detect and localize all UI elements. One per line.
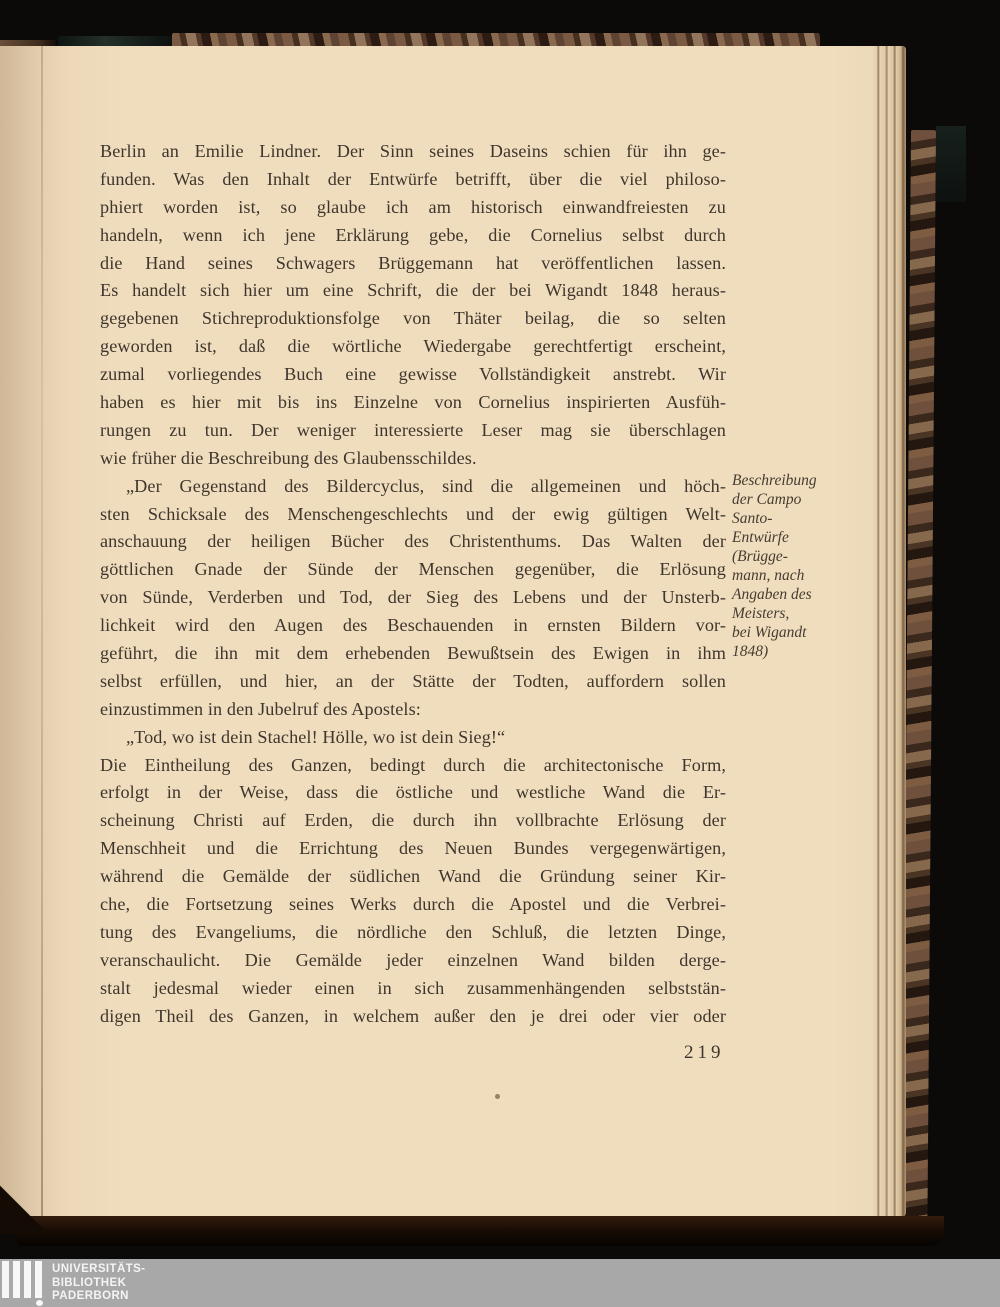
text-line: Es handelt sich hier um eine Schrift, di… [100,277,726,305]
text-line: sten Schicksale des Menschengeschlechts … [100,501,726,529]
text-line: „Der Gegenstand des Bildercyclus, sind d… [100,473,726,501]
text-line: che, die Fortsetzung seines Werks durch … [100,891,726,919]
library-logo-icon [2,1261,50,1307]
margin-note-line: 1848) [732,642,842,661]
margin-note-line: (Brügge- [732,547,842,566]
margin-note-line: bei Wigandt [732,623,842,642]
text-line: anschauung der heiligen Bücher des Chris… [100,528,726,556]
text-line: haben es hier mit bis ins Einzelne von C… [100,389,726,417]
text-line: funden. Was den Inhalt der Entwürfe betr… [100,166,726,194]
margin-note-line: mann, nach [732,566,842,585]
page-text-block: Berlin an Emilie Lindner. Der Sinn seine… [100,138,726,1031]
book-back-cover-edge [936,126,966,202]
text-line: Die Eintheilung des Ganzen, bedingt durc… [100,752,726,780]
library-name: UNIVERSITÄTS- BIBLIOTHEK PADERBORN [52,1263,145,1304]
page-number: 219 [684,1042,725,1064]
text-line: geführt, die ihn mit dem erhebenden Bewu… [100,640,726,668]
page-edge-stack [872,46,906,1218]
paper-speck [495,1094,500,1099]
text-line: lichkeit wird den Augen des Beschauenden… [100,612,726,640]
text-line: phiert worden ist, so glaube ich am hist… [100,194,726,222]
text-line: wie früher die Beschreibung des Glaubens… [100,445,726,473]
margin-note-line: Beschreibung [732,471,842,490]
text-line: gegebenen Stichreproduktionsfolge von Th… [100,305,726,333]
text-line: die Hand seines Schwagers Brüggemann hat… [100,250,726,278]
text-line: „Tod, wo ist dein Stachel! Hölle, wo ist… [100,724,726,752]
text-line: geworden ist, daß die wörtliche Wiederga… [100,333,726,361]
text-line: von Sünde, Verderben und Tod, der Sieg d… [100,584,726,612]
book-cover-marbled-right-edge [902,130,936,1230]
text-line: zumal vorliegendes Buch eine gewisse Vol… [100,361,726,389]
text-line: erfolgt in der Weise, dass die östliche … [100,779,726,807]
margin-note: Beschreibungder CampoSanto-Entwürfe(Brüg… [732,471,842,661]
text-line: einzustimmen in den Jubelruf des Apostel… [100,696,726,724]
text-line: digen Theil des Ganzen, in welchem außer… [100,1003,726,1031]
library-name-line: BIBLIOTHEK [52,1277,145,1291]
library-name-line: UNIVERSITÄTS- [52,1263,145,1277]
library-footer-bar: UNIVERSITÄTS- BIBLIOTHEK PADERBORN [0,1259,1000,1307]
text-line: handeln, wenn ich jene Erklärung gebe, d… [100,222,726,250]
page-gutter-shadow [0,46,72,1218]
text-line: veranschaulicht. Die Gemälde jeder einze… [100,947,726,975]
book-corner-bottom-left [0,1182,62,1234]
text-line: scheinung Christi auf Erden, die durch i… [100,807,726,835]
text-line: stalt jedesmal wieder einen in sich zusa… [100,975,726,1003]
text-line: göttlichen Gnade der Sünde der Menschen … [100,556,726,584]
margin-note-line: Santo- [732,509,842,528]
scanned-book-page-scan: Berlin an Emilie Lindner. Der Sinn seine… [0,0,1000,1307]
logo-bar [2,1261,9,1298]
book-cover-bottom-edge [16,1216,944,1246]
logo-bar [24,1261,31,1298]
margin-note-line: Angaben des [732,585,842,604]
margin-note-line: der Campo [732,490,842,509]
margin-note-line: Meisters, [732,604,842,623]
logo-bar [35,1261,42,1298]
logo-bar [13,1261,20,1298]
text-line: tung des Evangeliums, die nördliche den … [100,919,726,947]
text-line: rungen zu tun. Der weniger interessierte… [100,417,726,445]
library-name-line: PADERBORN [52,1290,145,1304]
text-line: Berlin an Emilie Lindner. Der Sinn seine… [100,138,726,166]
page-gutter-fold-line [41,46,43,1218]
text-line: selbst erfüllen, und hier, an der Stätte… [100,668,726,696]
logo-dot [36,1300,43,1306]
text-line: während die Gemälde der südlichen Wand d… [100,863,726,891]
text-line: Menschheit und die Errichtung des Neuen … [100,835,726,863]
margin-note-line: Entwürfe [732,528,842,547]
